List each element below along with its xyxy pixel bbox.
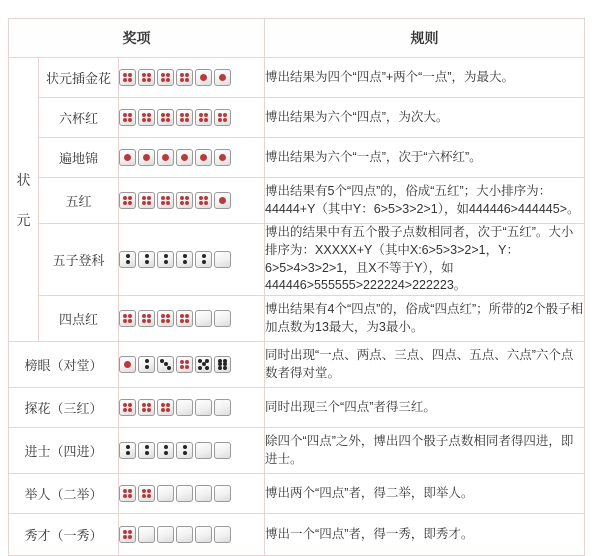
die-blank [214, 251, 231, 268]
die-dot [180, 73, 184, 77]
die-face-1 [214, 192, 231, 209]
die-dot [142, 196, 146, 200]
rule-text: 博出结果有4个“四点”的，俗成“四点红”；所带的2个骰子相加点数为13最大，为3… [265, 296, 585, 342]
die-dot [205, 366, 209, 370]
die-face-2 [157, 442, 174, 459]
die-face-2 [138, 356, 155, 373]
die-face-4 [157, 310, 174, 327]
die-dot [199, 196, 203, 200]
prize-name: 四点红 [39, 296, 119, 342]
table-row: 遍地锦博出结果为六个“一点”，次于“六杯红”。 [9, 138, 585, 178]
die-dot [128, 494, 132, 498]
die-dot [142, 118, 146, 122]
die-dot [147, 314, 151, 318]
rules-table-body: 状元状元插金花博出结果为四个“四点”+两个“一点”，为最大。六杯红博出结果为六个… [9, 58, 585, 556]
die-dot [123, 494, 127, 498]
die-dot [219, 197, 226, 204]
die-dot [161, 118, 165, 122]
die-blank [195, 399, 212, 416]
die-dot [161, 319, 165, 323]
die-dot [128, 196, 132, 200]
die-face-1 [214, 149, 231, 166]
dice-strip [119, 428, 265, 474]
die-dot [123, 201, 127, 205]
die-dot [128, 319, 132, 323]
die-blank [176, 526, 193, 543]
die-blank [214, 399, 231, 416]
die-dot [166, 201, 170, 205]
die-dot [147, 113, 151, 117]
die-dot [123, 319, 127, 323]
die-dot [180, 78, 184, 82]
die-face-4 [176, 69, 193, 86]
die-dot [185, 73, 189, 77]
prize-name: 举人（二举） [9, 474, 119, 514]
die-dot [180, 118, 184, 122]
die-dot [183, 260, 187, 264]
die-dot [180, 319, 184, 323]
die-dot [147, 408, 151, 412]
die-dot [183, 451, 187, 455]
die-dot [128, 408, 132, 412]
rule-text: 博出结果为六个“四点”，为次大。 [265, 98, 585, 138]
prize-name: 秀才（一秀） [9, 514, 119, 556]
die-dot [181, 154, 188, 161]
die-dot [142, 489, 146, 493]
die-dot [202, 260, 206, 264]
die-dot [147, 489, 151, 493]
die-face-4 [119, 485, 136, 502]
die-face-4 [195, 109, 212, 126]
die-blank [214, 310, 231, 327]
die-dot [161, 196, 165, 200]
die-dot [162, 154, 169, 161]
die-face-5 [195, 356, 212, 373]
die-dot [199, 201, 203, 205]
dice-strip [119, 138, 265, 178]
die-face-1 [195, 69, 212, 86]
die-dot [161, 73, 165, 77]
die-dot [147, 319, 151, 323]
die-dot [200, 74, 207, 81]
die-dot [223, 113, 227, 117]
die-blank [176, 399, 193, 416]
die-dot [223, 118, 227, 122]
dice-strip [119, 342, 265, 388]
die-face-4 [119, 526, 136, 543]
die-dot [128, 113, 132, 117]
die-dot [161, 113, 165, 117]
die-dot [185, 319, 189, 323]
die-dot [128, 118, 132, 122]
group-label-char: 元 [9, 213, 38, 227]
die-dot [219, 74, 226, 81]
rule-text: 博出的结果中有五个骰子点数相同者，次于“五红”。大小排序为：XXXXX+Y（其中… [265, 224, 585, 296]
die-dot [123, 403, 127, 407]
die-dot [218, 113, 222, 117]
die-dot [126, 260, 130, 264]
die-dot [161, 403, 165, 407]
table-row: 举人（二举）博出两个“四点”者，得二举，即举人。 [9, 474, 585, 514]
table-row: 状元状元插金花博出结果为四个“四点”+两个“一点”，为最大。 [9, 58, 585, 98]
die-dot [166, 73, 170, 77]
prize-name: 状元插金花 [39, 58, 119, 98]
die-face-4 [176, 356, 193, 373]
die-blank [195, 526, 212, 543]
die-face-4 [138, 69, 155, 86]
die-dot [145, 260, 149, 264]
page-container: 奖项 规则 状元状元插金花博出结果为四个“四点”+两个“一点”，为最大。六杯红博… [0, 0, 592, 556]
die-face-4 [138, 310, 155, 327]
die-dot [123, 408, 127, 412]
die-dot [185, 365, 189, 369]
die-dot [164, 254, 168, 258]
die-dot [161, 314, 165, 318]
die-dot [147, 196, 151, 200]
die-dot [123, 535, 127, 539]
die-dot [166, 403, 170, 407]
die-dot [180, 365, 184, 369]
die-blank [195, 485, 212, 502]
die-face-1 [119, 149, 136, 166]
die-dot [123, 530, 127, 534]
dice-strip [119, 474, 265, 514]
die-face-3 [157, 356, 174, 373]
die-face-4 [138, 399, 155, 416]
die-blank [195, 442, 212, 459]
die-dot [126, 254, 130, 258]
die-dot [164, 451, 168, 455]
table-row: 进士（四进）除四个“四点”之外，博出四个骰子点数相同者得四进，即进士。 [9, 428, 585, 474]
die-dot [185, 78, 189, 82]
dice-strip [119, 388, 265, 428]
die-face-1 [138, 149, 155, 166]
die-face-2 [119, 442, 136, 459]
die-dot [185, 196, 189, 200]
die-face-4 [176, 109, 193, 126]
die-face-4 [157, 69, 174, 86]
rule-text: 博出两个“四点”者，得二举，即举人。 [265, 474, 585, 514]
die-dot [204, 201, 208, 205]
rule-text: 同时出现三个“四点”者得三红。 [265, 388, 585, 428]
die-dot [164, 445, 168, 449]
die-blank [214, 526, 231, 543]
die-face-4 [157, 192, 174, 209]
die-face-4 [119, 192, 136, 209]
die-dot [166, 319, 170, 323]
rule-text: 博出一个“四点”者，得一秀，即秀才。 [265, 514, 585, 556]
die-dot [147, 78, 151, 82]
die-dot [204, 113, 208, 117]
die-blank [157, 526, 174, 543]
die-blank [138, 526, 155, 543]
die-dot [161, 408, 165, 412]
die-face-1 [195, 149, 212, 166]
die-dot [166, 314, 170, 318]
die-dot [198, 366, 202, 370]
table-row: 四点红博出结果有4个“四点”的，俗成“四点红”；所带的2个骰子相加点数为13最大… [9, 296, 585, 342]
die-face-1 [214, 69, 231, 86]
die-dot [161, 201, 165, 205]
prize-name: 六杯红 [39, 98, 119, 138]
die-dot [199, 113, 203, 117]
die-dot [145, 359, 149, 363]
table-row: 六杯红博出结果为六个“四点”，为次大。 [9, 98, 585, 138]
die-dot [204, 196, 208, 200]
die-blank [157, 485, 174, 502]
dice-strip [119, 178, 265, 224]
die-face-1 [157, 149, 174, 166]
die-face-4 [157, 109, 174, 126]
rule-text: 博出结果为六个“一点”，次于“六杯红”。 [265, 138, 585, 178]
prize-name: 进士（四进） [9, 428, 119, 474]
die-dot [180, 314, 184, 318]
prize-column-header: 奖项 [9, 19, 265, 58]
die-dot [123, 489, 127, 493]
die-face-4 [157, 399, 174, 416]
dice-strip [119, 296, 265, 342]
die-blank [176, 485, 193, 502]
die-dot [147, 118, 151, 122]
die-dot [142, 319, 146, 323]
die-face-2 [157, 251, 174, 268]
die-dot [180, 196, 184, 200]
die-dot [145, 254, 149, 258]
die-dot [142, 314, 146, 318]
die-face-1 [176, 149, 193, 166]
table-row: 五红博出结果有5个“四点”的，俗成“五红”；大小排序为：44444+Y（其中Y：… [9, 178, 585, 224]
die-dot [180, 201, 184, 205]
die-dot [204, 118, 208, 122]
die-face-4 [138, 109, 155, 126]
die-face-2 [138, 251, 155, 268]
die-dot [142, 403, 146, 407]
die-dot [200, 154, 207, 161]
die-face-4 [176, 192, 193, 209]
die-face-6 [214, 356, 231, 373]
dice-strip [119, 514, 265, 556]
rules-table: 奖项 规则 状元状元插金花博出结果为四个“四点”+两个“一点”，为最大。六杯红博… [8, 18, 585, 556]
die-dot [128, 314, 132, 318]
prize-name: 遍地锦 [39, 138, 119, 178]
die-dot [145, 451, 149, 455]
die-dot [185, 118, 189, 122]
die-blank [214, 485, 231, 502]
die-dot [123, 113, 127, 117]
die-face-4 [119, 109, 136, 126]
dice-strip [119, 58, 265, 98]
table-row: 五子登科博出的结果中有五个骰子点数相同者，次于“五红”。大小排序为：XXXXX+… [9, 224, 585, 296]
die-dot [142, 113, 146, 117]
die-dot [202, 254, 206, 258]
dice-strip [119, 224, 265, 296]
die-dot [142, 78, 146, 82]
die-face-4 [119, 310, 136, 327]
die-dot [147, 201, 151, 205]
prize-name: 榜眼（对堂） [9, 342, 119, 388]
die-blank [214, 442, 231, 459]
die-dot [166, 196, 170, 200]
die-dot [166, 113, 170, 117]
table-row: 探花（三红）同时出现三个“四点”者得三红。 [9, 388, 585, 428]
die-face-2 [119, 251, 136, 268]
die-dot [145, 445, 149, 449]
die-face-4 [138, 192, 155, 209]
rule-text: 博出结果为四个“四点”+两个“一点”，为最大。 [265, 58, 585, 98]
die-face-2 [176, 251, 193, 268]
rule-text: 同时出现“一点、两点、三点、四点、五点、六点”六个点数者得对堂。 [265, 342, 585, 388]
die-dot [124, 361, 131, 368]
die-dot [180, 360, 184, 364]
group-label-char: 状 [9, 173, 38, 187]
die-face-2 [138, 442, 155, 459]
die-dot [128, 78, 132, 82]
die-face-4 [214, 109, 231, 126]
die-face-1 [119, 356, 136, 373]
header-row: 奖项 规则 [9, 19, 585, 58]
prize-name: 五红 [39, 178, 119, 224]
die-dot [183, 254, 187, 258]
rule-text: 除四个“四点”之外，博出四个骰子点数相同者得四进，即进士。 [265, 428, 585, 474]
die-dot [166, 118, 170, 122]
rule-text: 博出结果有5个“四点”的，俗成“五红”；大小排序为：44444+Y（其中Y：6>… [265, 178, 585, 224]
die-face-4 [176, 310, 193, 327]
die-dot [199, 118, 203, 122]
die-blank [195, 310, 212, 327]
die-dot [126, 451, 130, 455]
die-dot [123, 314, 127, 318]
die-dot [166, 78, 170, 82]
die-dot [167, 366, 171, 370]
die-dot [128, 530, 132, 534]
die-dot [123, 118, 127, 122]
die-dot [161, 78, 165, 82]
die-dot [128, 201, 132, 205]
prize-name: 探花（三红） [9, 388, 119, 428]
die-dot [123, 78, 127, 82]
die-dot [185, 113, 189, 117]
die-dot [128, 403, 132, 407]
die-face-4 [138, 485, 155, 502]
die-dot [142, 408, 146, 412]
die-face-4 [119, 399, 136, 416]
die-dot [219, 154, 226, 161]
die-dot [218, 366, 222, 370]
die-dot [223, 366, 227, 370]
die-dot [205, 359, 209, 363]
die-dot [183, 445, 187, 449]
die-dot [218, 118, 222, 122]
die-dot [126, 445, 130, 449]
die-dot [166, 408, 170, 412]
die-dot [128, 489, 132, 493]
die-dot [147, 73, 151, 77]
die-face-2 [195, 251, 212, 268]
group-cell-zhuangyuan: 状元 [9, 58, 39, 342]
die-dot [185, 201, 189, 205]
prize-name: 五子登科 [39, 224, 119, 296]
die-dot [185, 360, 189, 364]
dice-strip [119, 98, 265, 138]
die-dot [164, 260, 168, 264]
table-row: 榜眼（对堂）同时出现“一点、两点、三点、四点、五点、六点”六个点数者得对堂。 [9, 342, 585, 388]
die-dot [142, 73, 146, 77]
die-dot [145, 365, 149, 369]
die-dot [128, 73, 132, 77]
die-dot [147, 403, 151, 407]
die-dot [123, 196, 127, 200]
die-dot [142, 494, 146, 498]
die-dot [147, 494, 151, 498]
die-dot [128, 535, 132, 539]
rule-column-header: 规则 [265, 19, 585, 58]
die-face-4 [119, 69, 136, 86]
die-dot [185, 314, 189, 318]
die-face-4 [195, 192, 212, 209]
die-dot [123, 73, 127, 77]
die-dot [124, 154, 131, 161]
die-dot [180, 113, 184, 117]
die-dot [142, 201, 146, 205]
die-face-2 [176, 442, 193, 459]
die-dot [143, 154, 150, 161]
table-row: 秀才（一秀）博出一个“四点”者，得一秀，即秀才。 [9, 514, 585, 556]
